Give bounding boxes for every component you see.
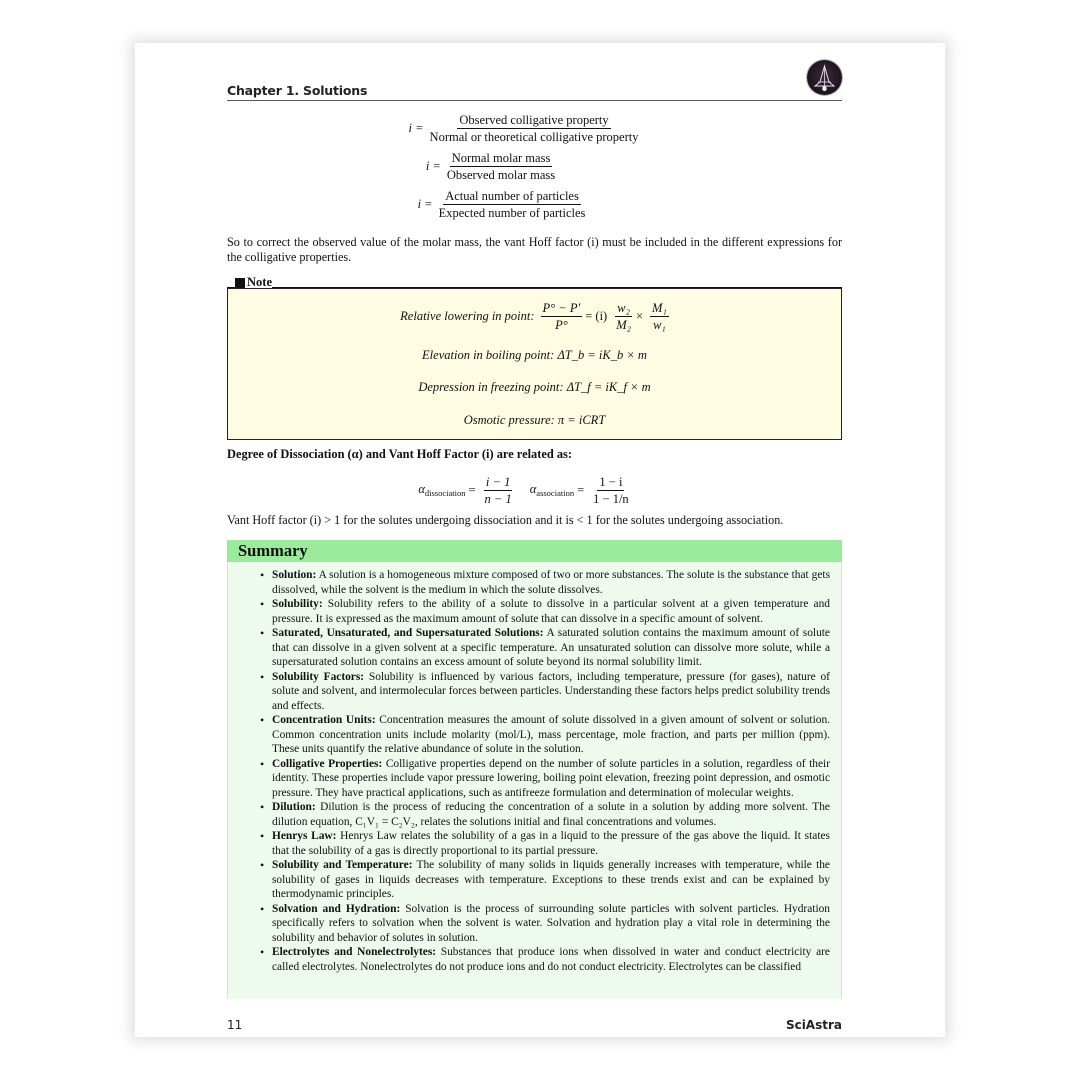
dissociation-heading: Degree of Dissociation (α) and Vant Hoff…	[227, 447, 842, 462]
vant-hoff-definitions: i = Observed colligative property Normal…	[227, 109, 842, 223]
relative-lowering-formula: Relative lowering in point: P° − P′ P° =…	[228, 297, 841, 335]
note-square-icon	[235, 278, 245, 288]
summary-text: A solution is a homogeneous mixture comp…	[272, 569, 830, 596]
document-page: Chapter 1. Solutions i = Observed collig…	[135, 43, 945, 1037]
summary-box: Solution: A solution is a homogeneous mi…	[227, 562, 842, 999]
page-header: Chapter 1. Solutions	[227, 81, 842, 101]
summary-item: Electrolytes and Nonelectrolytes: Substa…	[272, 945, 830, 974]
intro-paragraph: So to correct the observed value of the …	[227, 235, 842, 265]
summary-term: Solvation and Hydration:	[272, 903, 400, 915]
summary-item: Saturated, Unsaturated, and Supersaturat…	[272, 626, 830, 670]
summary-text: Dilution is the process of reducing the …	[272, 801, 830, 828]
summary-term: Electrolytes and Nonelectrolytes:	[272, 946, 436, 958]
summary-title: Summary	[227, 540, 842, 562]
summary-term: Henrys Law:	[272, 830, 336, 842]
summary-term: Dilution:	[272, 801, 316, 813]
alpha-association-symbol: αassociation	[530, 482, 574, 498]
summary-item: Solubility and Temperature: The solubili…	[272, 858, 830, 902]
summary-term: Solubility:	[272, 598, 323, 610]
summary-term: Concentration Units:	[272, 714, 376, 726]
alpha-dissociation-symbol: αdissociation	[418, 482, 465, 498]
summary-item: Solubility: Solubility refers to the abi…	[272, 597, 830, 626]
summary-term: Colligative Properties:	[272, 758, 382, 770]
summary-term: Saturated, Unsaturated, and Supersaturat…	[272, 627, 544, 639]
equation-molar-mass: i = Normal molar mass Observed molar mas…	[141, 147, 842, 185]
freezing-point-formula: Depression in freezing point: ΔT_f = iK_…	[228, 379, 841, 395]
rocket-emblem-icon	[807, 60, 842, 95]
summary-item: Colligative Properties: Colligative prop…	[272, 757, 830, 801]
note-box: Relative lowering in point: P° − P′ P° =…	[227, 288, 842, 440]
summary-term: Solubility and Temperature:	[272, 859, 413, 871]
brand-name: SciAstra	[786, 1018, 842, 1032]
chapter-title: Chapter 1. Solutions	[227, 83, 367, 98]
boiling-point-formula: Elevation in boiling point: ΔT_b = iK_b …	[228, 347, 841, 363]
summary-item: Henrys Law: Henrys Law relates the solub…	[272, 829, 830, 858]
dissociation-formulas: αdissociation = i − 1 n − 1 αassociation…	[227, 470, 842, 510]
equation-observed-colligative: i = Observed colligative property Normal…	[207, 109, 842, 147]
osmotic-pressure-formula: Osmotic pressure: π = iCRT	[228, 412, 841, 428]
dissociation-conclusion: Vant Hoff factor (i) > 1 for the solutes…	[227, 513, 842, 528]
summary-list: Solution: A solution is a homogeneous mi…	[228, 562, 841, 974]
alpha-association-fraction: 1 − i 1 − 1/n	[591, 474, 631, 507]
page-number: 11	[227, 1018, 242, 1032]
summary-item: Solution: A solution is a homogeneous mi…	[272, 568, 830, 597]
alpha-dissociation-fraction: i − 1 n − 1	[483, 474, 514, 507]
summary-term: Solubility Factors:	[272, 671, 364, 683]
summary-item: Solubility Factors: Solubility is influe…	[272, 670, 830, 714]
summary-text: Henrys Law relates the solubility of a g…	[272, 830, 830, 857]
summary-item: Solvation and Hydration: Solvation is th…	[272, 902, 830, 946]
summary-term: Solution:	[272, 569, 316, 581]
summary-item: Concentration Units: Concentration measu…	[272, 713, 830, 757]
summary-text: Solubility refers to the ability of a so…	[272, 598, 830, 625]
summary-item: Dilution: Dilution is the process of red…	[272, 800, 830, 829]
equation-particles: i = Actual number of particles Expected …	[163, 185, 842, 223]
